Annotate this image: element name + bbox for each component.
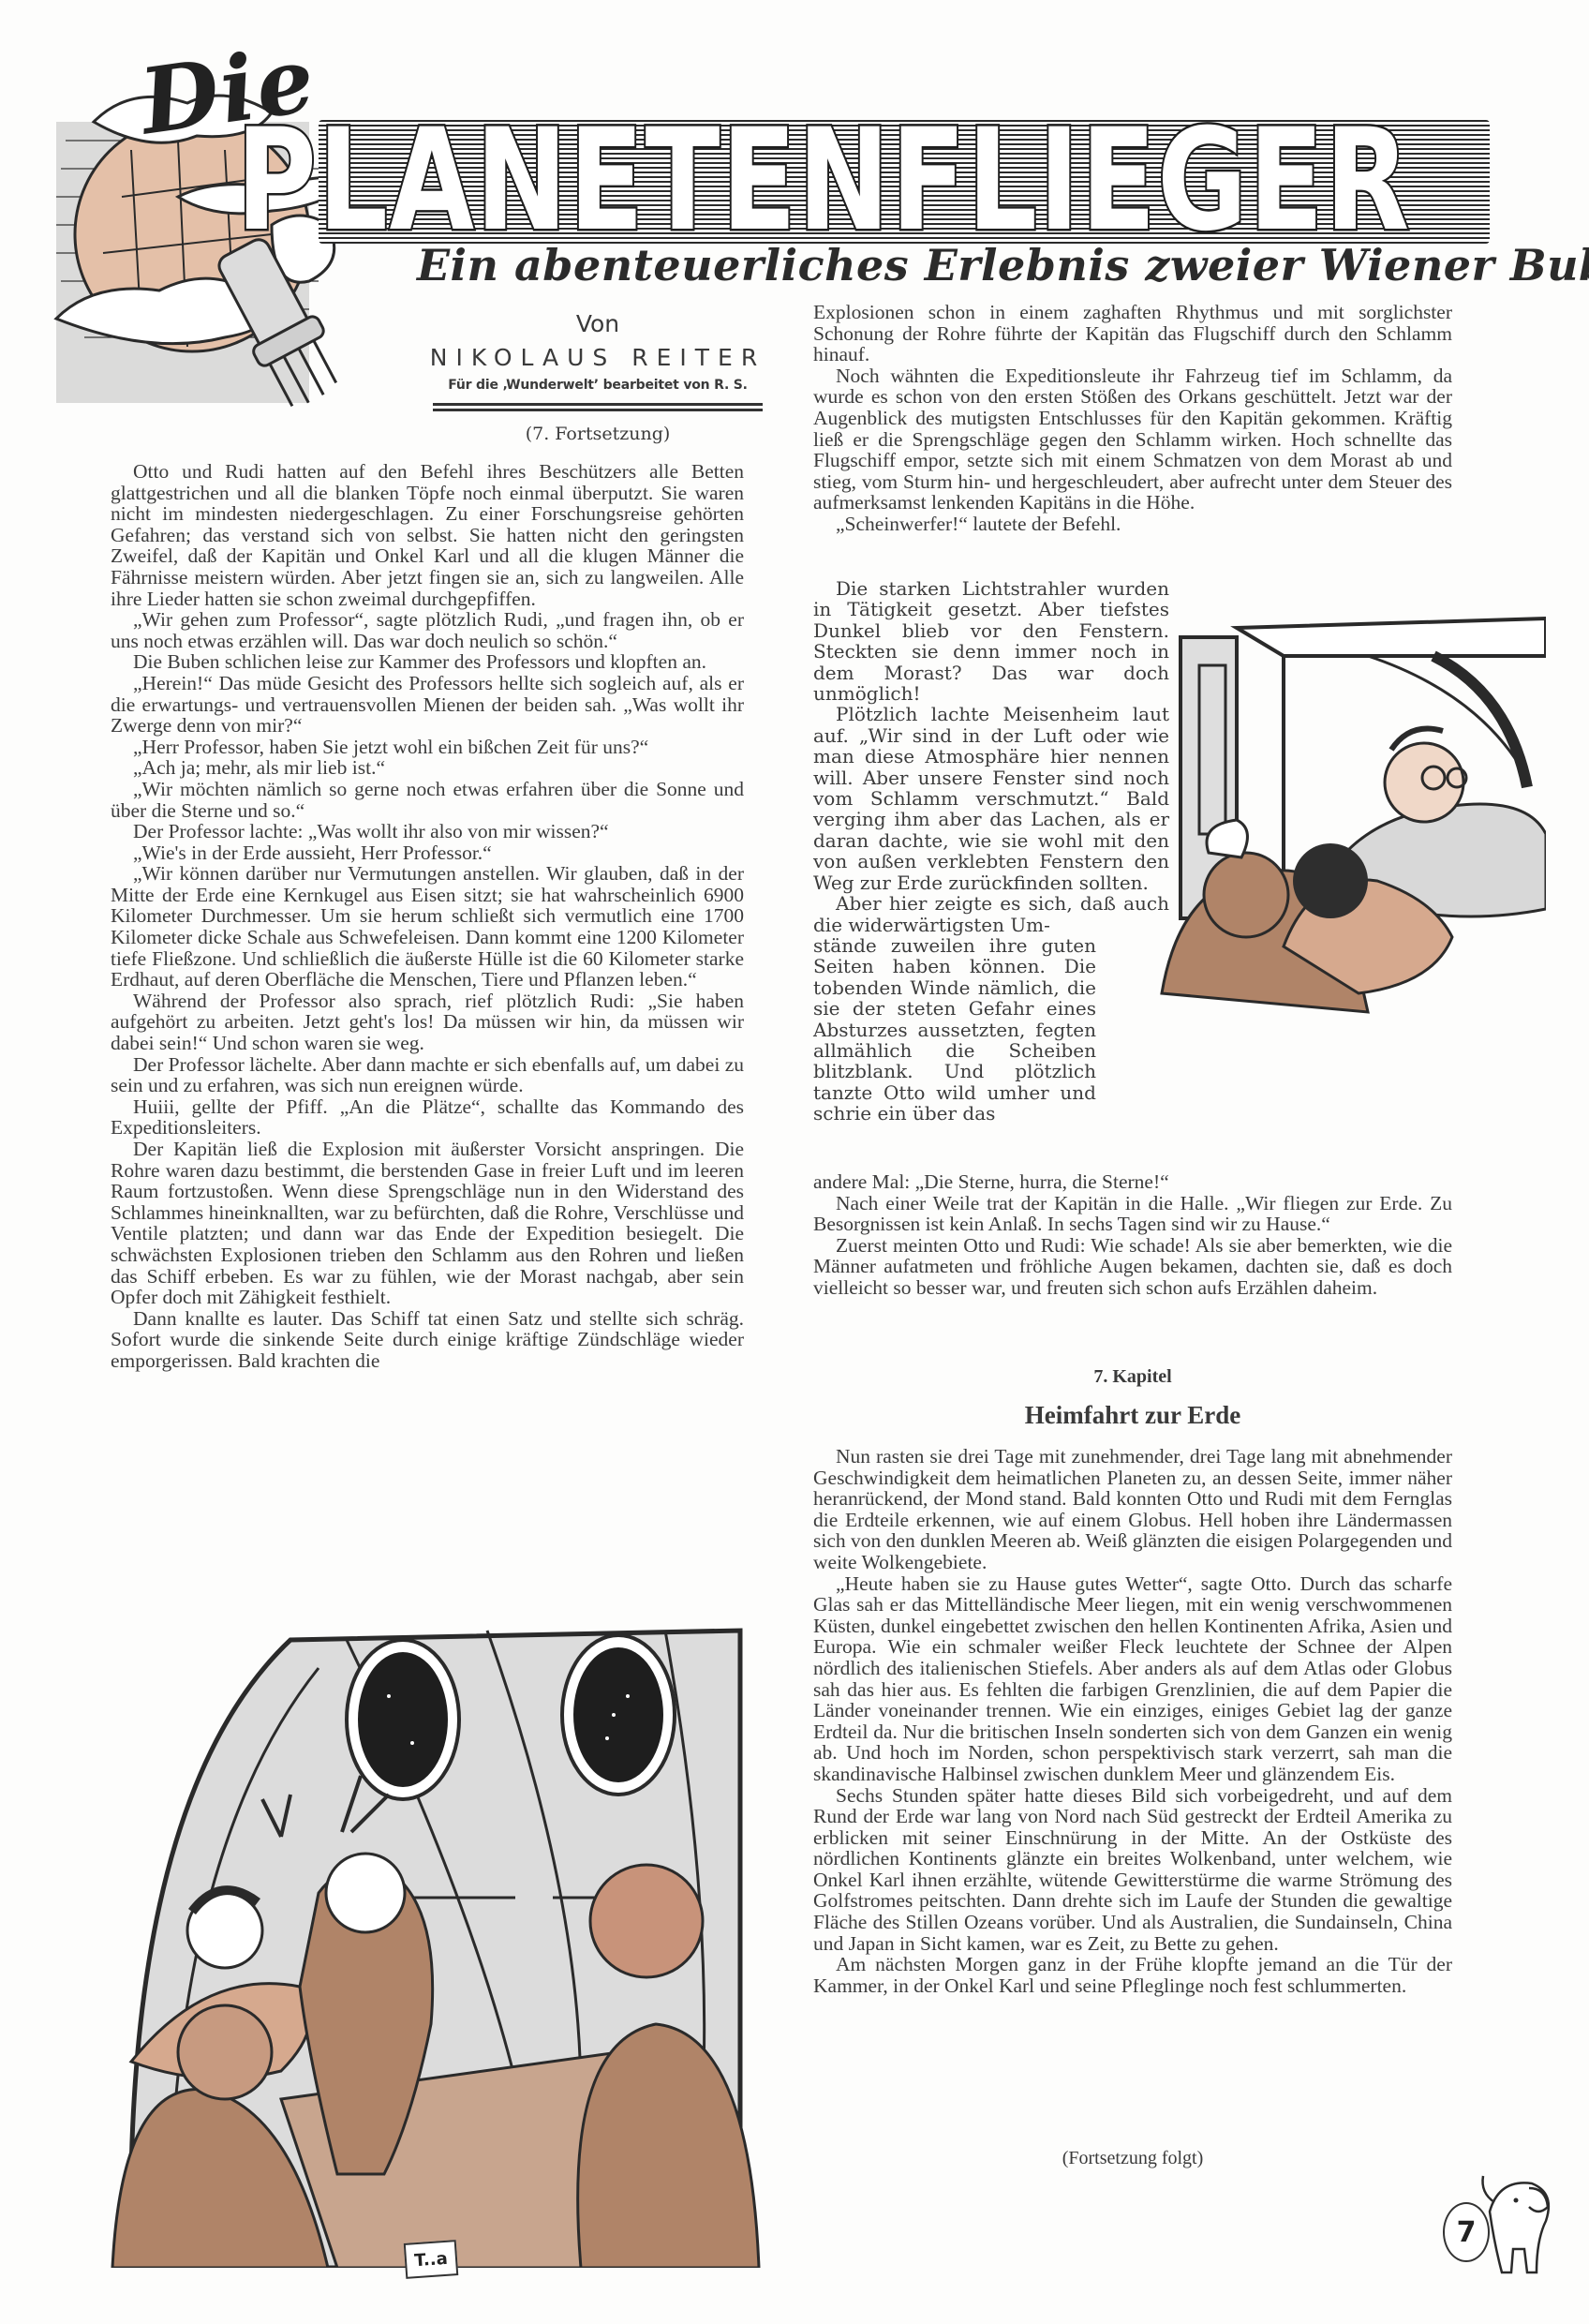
double-rule-divider — [433, 403, 763, 411]
byline-von: Von — [429, 307, 766, 341]
adaptation-credit: Für die ‚Wunderwelt’ bearbeitet von R. S… — [429, 375, 766, 395]
paragraph: „Heute haben sie zu Hause gutes Wetter“,… — [813, 1573, 1452, 1785]
paragraph: „Wie's in der Erde aussieht, Herr Profes… — [111, 842, 744, 864]
paragraph: Zuerst meinten Otto und Rudi: Wie schade… — [813, 1235, 1452, 1299]
right-column-bottom-text: Nun rasten sie drei Tage mit zunehmender… — [813, 1446, 1452, 1996]
paragraph: Explosionen schon in einem zaghaften Rhy… — [813, 302, 1452, 365]
author-name: NIKOLAUS REITER — [429, 341, 766, 375]
paragraph: „Wir gehen zum Professor“, sagte plötzli… — [111, 609, 744, 651]
paragraph: Der Kapitän ließ die Explosion mit äußer… — [111, 1139, 744, 1308]
page-title: PLANETENFLIEGER — [422, 111, 1225, 251]
right-column-top-text: Explosionen schon in einem zaghaften Rhy… — [813, 302, 1452, 535]
paragraph: stände zuweilen ihre guten Seiten haben … — [813, 935, 1096, 1125]
page-number-badge: 7 — [1443, 2174, 1555, 2277]
chapter-number: 7. Kapitel — [813, 1363, 1452, 1390]
chapter-heading: 7. Kapitel Heimfahrt zur Erde — [813, 1363, 1452, 1435]
paragraph: „Herr Professor, haben Sie jetzt wohl ei… — [111, 737, 744, 758]
ship-interior-illustration — [94, 1612, 768, 2268]
subtitle: Ein abenteuerliches Erlebnis zweier Wien… — [417, 240, 1485, 290]
paragraph: Plötzlich lachte Meisenheim laut auf. „W… — [813, 704, 1169, 893]
paragraph: Huiii, gellte der Pfiff. „An die Plätze“… — [111, 1096, 744, 1139]
title-banner: PLANETENFLIEGER — [319, 111, 1490, 251]
paragraph: „Wir können darüber nur Vermutungen anst… — [111, 863, 744, 991]
paragraph: Sechs Stunden später hatte dieses Bild s… — [813, 1785, 1452, 1955]
paragraph: andere Mal: „Die Sterne, hurra, die Ster… — [813, 1171, 1452, 1193]
chapter-title: Heimfahrt zur Erde — [813, 1395, 1452, 1435]
right-column-wrapped-text: Die starken Lichtstrahler wurden in Täti… — [813, 578, 1169, 935]
continued-notice: (Fortsetzung folgt) — [813, 2148, 1452, 2169]
paragraph: „Herein!“ Das müde Gesicht des Professor… — [111, 673, 744, 737]
paragraph: Dann knallte es lauter. Das Schiff tat e… — [111, 1308, 744, 1372]
paragraph: „Scheinwerfer!“ lautete der Befehl. — [813, 514, 1452, 535]
professor-door-illustration — [1152, 600, 1546, 1031]
installment-label: (7. Fortsetzung) — [429, 421, 766, 447]
paragraph: „Ach ja; mehr, als mir lieb ist.“ — [111, 757, 744, 779]
paragraph: Nach einer Weile trat der Kapitän in die… — [813, 1193, 1452, 1235]
page-number: 7 — [1443, 2202, 1490, 2262]
paragraph: Während der Professor also sprach, rief … — [111, 991, 744, 1054]
paragraph: Die starken Lichtstrahler wurden in Täti… — [813, 578, 1169, 704]
right-column-mid-text: andere Mal: „Die Sterne, hurra, die Ster… — [813, 1171, 1452, 1299]
paragraph: „Wir möchten nämlich so gerne noch etwas… — [111, 779, 744, 821]
artist-signature: T..a — [404, 2240, 459, 2279]
paragraph: Am nächsten Morgen ganz in der Frühe klo… — [813, 1954, 1452, 1996]
paragraph: Nun rasten sie drei Tage mit zunehmender… — [813, 1446, 1452, 1573]
left-column-text: Otto und Rudi hatten auf den Befehl ihre… — [111, 461, 744, 1372]
paragraph: Otto und Rudi hatten auf den Befehl ihre… — [111, 461, 744, 609]
paragraph: Aber hier zeigte es sich, daß auch die w… — [813, 893, 1169, 935]
byline: Von NIKOLAUS REITER Für die ‚Wunderwelt’… — [429, 307, 766, 447]
paragraph: Der Professor lachte: „Was wollt ihr als… — [111, 821, 744, 842]
paragraph: Noch wähnten die Expeditionsleute ihr Fa… — [813, 365, 1452, 514]
right-column-narrow-text: stände zuweilen ihre guten Seiten haben … — [813, 935, 1096, 1125]
masthead: Die PLANETENFLIEGER Ein abenteuerliches … — [0, 0, 1589, 309]
paragraph: Der Professor lächelte. Aber dann machte… — [111, 1054, 744, 1096]
magazine-page: Die PLANETENFLIEGER Ein abenteuerliches … — [0, 0, 1589, 2324]
paragraph: Die Buben schlichen leise zur Kammer des… — [111, 651, 744, 673]
